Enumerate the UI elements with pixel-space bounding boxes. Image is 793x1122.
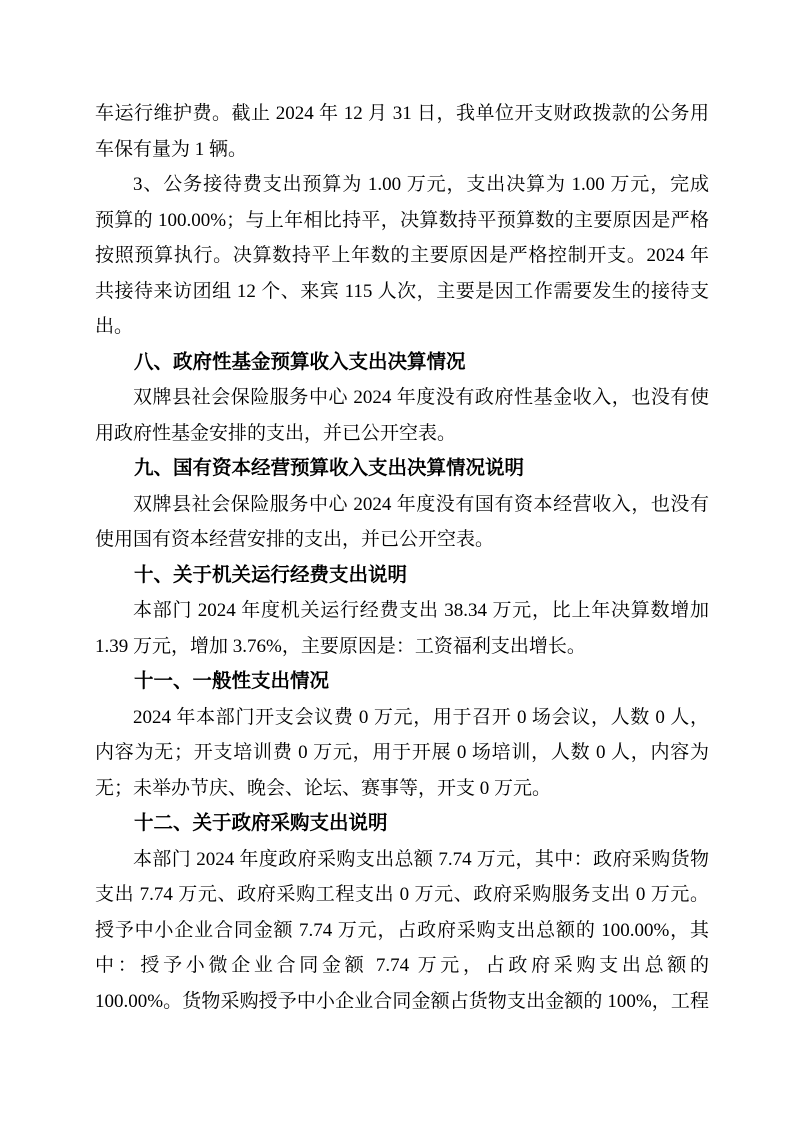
section-heading: 十一、一般性支出情况	[95, 664, 709, 700]
text-line: 双牌县社会保险服务中心 2024 年度没有国有资本经营收入，也没有	[95, 487, 709, 523]
text-line: 出。	[95, 309, 709, 345]
paragraph: 双牌县社会保险服务中心 2024 年度没有政府性基金收入，也没有使用政府性基金安…	[95, 380, 709, 451]
text-line: 中：授予小微企业合同金额 7.74 万元，占政府采购支出总额的	[95, 948, 709, 984]
document-page: 车运行维护费。截止 2024 年 12 月 31 日，我单位开支财政拨款的公务用…	[0, 0, 793, 1122]
text-line: 车保有量为 1 辆。	[95, 132, 709, 168]
paragraph: 车运行维护费。截止 2024 年 12 月 31 日，我单位开支财政拨款的公务用…	[95, 96, 709, 167]
text-line: 双牌县社会保险服务中心 2024 年度没有政府性基金收入，也没有使	[95, 380, 709, 416]
section-heading: 十二、关于政府采购支出说明	[95, 806, 709, 842]
text-line: 内容为无；开支培训费 0 万元，用于开展 0 场培训，人数 0 人，内容为	[95, 735, 709, 771]
section-heading: 八、政府性基金预算收入支出决算情况	[95, 345, 709, 381]
text-line: 1.39 万元，增加 3.76%，主要原因是：工资福利支出增长。	[95, 629, 709, 665]
text-line: 无；未举办节庆、晚会、论坛、赛事等，开支 0 万元。	[95, 771, 709, 807]
paragraph: 本部门 2024 年度机关运行经费支出 38.34 万元，比上年决算数增加1.3…	[95, 593, 709, 664]
paragraph: 双牌县社会保险服务中心 2024 年度没有国有资本经营收入，也没有使用国有资本经…	[95, 487, 709, 558]
paragraph: 3、公务接待费支出预算为 1.00 万元，支出决算为 1.00 万元，完成预算的…	[95, 167, 709, 345]
paragraph: 本部门 2024 年度政府采购支出总额 7.74 万元，其中：政府采购货物支出 …	[95, 842, 709, 1020]
text-line: 2024 年本部门开支会议费 0 万元，用于召开 0 场会议，人数 0 人，	[95, 700, 709, 736]
text-line: 共接待来访团组 12 个、来宾 115 人次，主要是因工作需要发生的接待支	[95, 274, 709, 310]
text-line: 3、公务接待费支出预算为 1.00 万元，支出决算为 1.00 万元，完成	[95, 167, 709, 203]
text-line: 按照预算执行。决算数持平上年数的主要原因是严格控制开支。2024 年	[95, 238, 709, 274]
section-heading: 九、国有资本经营预算收入支出决算情况说明	[95, 451, 709, 487]
text-line: 用政府性基金安排的支出，并已公开空表。	[95, 416, 709, 452]
text-line: 预算的 100.00%；与上年相比持平，决算数持平预算数的主要原因是严格	[95, 203, 709, 239]
text-line: 本部门 2024 年度机关运行经费支出 38.34 万元，比上年决算数增加	[95, 593, 709, 629]
document-text-content: 车运行维护费。截止 2024 年 12 月 31 日，我单位开支财政拨款的公务用…	[95, 96, 709, 1019]
text-line: 100.00%。货物采购授予中小企业合同金额占货物支出金额的 100%，工程	[95, 984, 709, 1020]
text-line: 本部门 2024 年度政府采购支出总额 7.74 万元，其中：政府采购货物	[95, 842, 709, 878]
section-heading: 十、关于机关运行经费支出说明	[95, 558, 709, 594]
text-line: 车运行维护费。截止 2024 年 12 月 31 日，我单位开支财政拨款的公务用	[95, 96, 709, 132]
text-line: 使用国有资本经营安排的支出，并已公开空表。	[95, 522, 709, 558]
text-line: 授予中小企业合同金额 7.74 万元，占政府采购支出总额的 100.00%，其	[95, 913, 709, 949]
paragraph: 2024 年本部门开支会议费 0 万元，用于召开 0 场会议，人数 0 人，内容…	[95, 700, 709, 807]
text-line: 支出 7.74 万元、政府采购工程支出 0 万元、政府采购服务支出 0 万元。	[95, 877, 709, 913]
